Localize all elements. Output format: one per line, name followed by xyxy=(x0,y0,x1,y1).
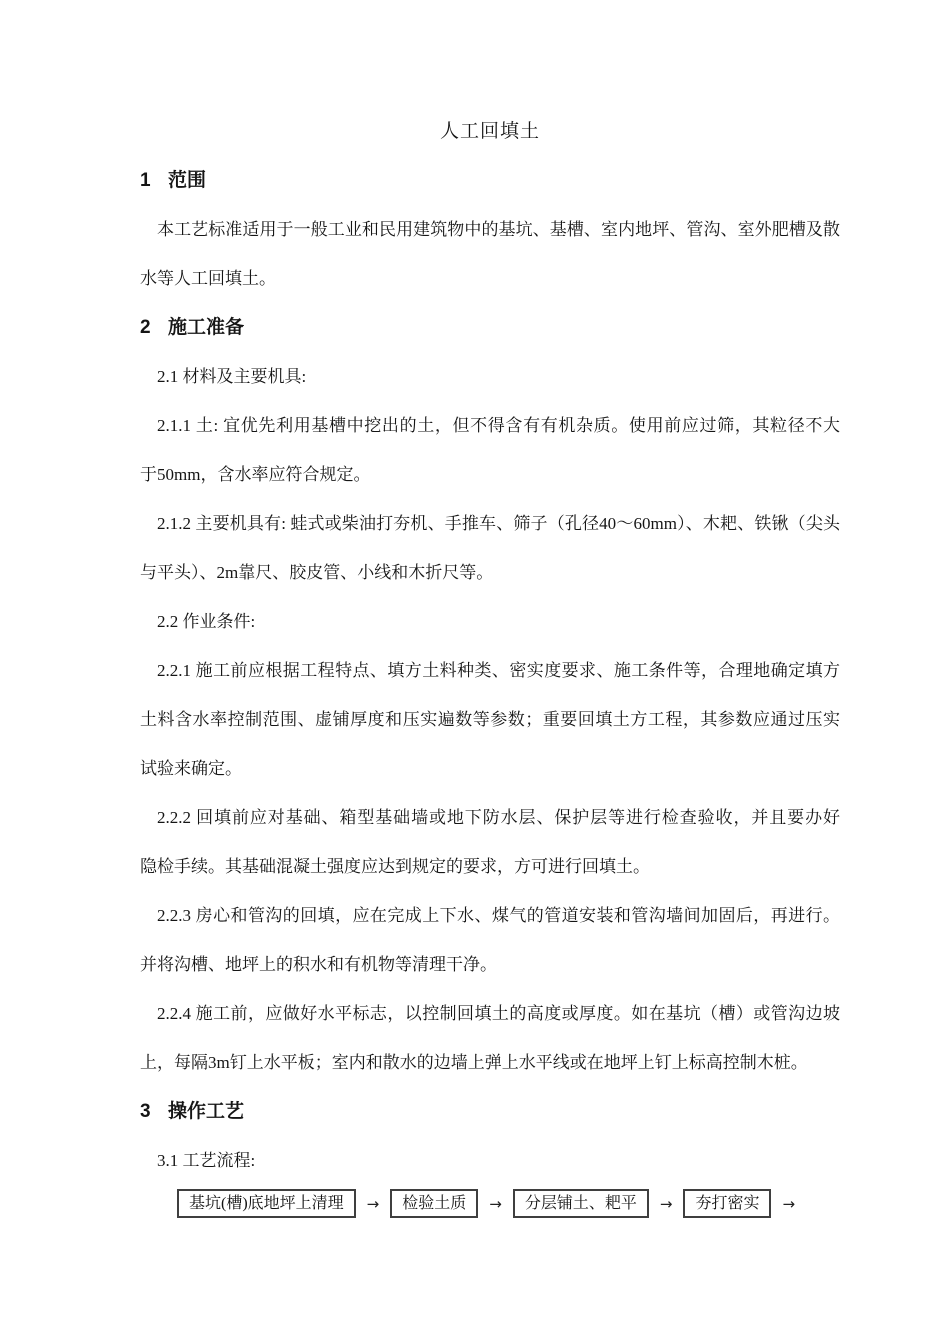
heading-text: 范围 xyxy=(168,170,206,191)
paragraph-line: 2.2.4 施工前，应做好水平标志，以控制回填土的高度或厚度。如在基坑（槽）或管… xyxy=(140,989,840,1038)
paragraph-line: 试验来确定。 xyxy=(140,744,840,793)
section-heading-2: 2施工准备 xyxy=(140,303,840,352)
flow-step: 基坑(槽)底地坪上清理 xyxy=(177,1189,356,1218)
heading-text: 施工准备 xyxy=(168,317,244,338)
paragraph-line: 上，每隔3m钉上水平板；室内和散水的边墙上弹上水平线或在地坪上钉上标高控制木桩。 xyxy=(140,1038,840,1087)
paragraph-line: 水等人工回填土。 xyxy=(140,254,840,303)
flow-arrow-right-icon: → xyxy=(367,1195,380,1213)
paragraph-line: 2.2 作业条件: xyxy=(140,597,840,646)
paragraph-line: 2.2.2 回填前应对基础、箱型基础墙或地下防水层、保护层等进行检查验收，并且要… xyxy=(140,793,840,842)
flow-arrow-right-icon: → xyxy=(660,1195,673,1213)
document-page: 人工回填土1范围本工艺标准适用于一般工业和民用建筑物中的基坑、基槽、室内地坪、管… xyxy=(140,0,840,1218)
paragraph-line: 与平头）、2m靠尺、胶皮管、小线和木折尺等。 xyxy=(140,548,840,597)
paragraph-line: 2.1 材料及主要机具: xyxy=(140,352,840,401)
heading-number: 3 xyxy=(140,1087,168,1136)
paragraph-line: 并将沟槽、地坪上的积水和有机物等清理干净。 xyxy=(140,940,840,989)
section-heading-1: 1范围 xyxy=(140,156,840,205)
flow-step: 检验土质 xyxy=(390,1189,478,1218)
flow-arrow-right-icon: → xyxy=(489,1195,502,1213)
heading-text: 操作工艺 xyxy=(168,1101,244,1122)
paragraph-line: 于50mm，含水率应符合规定。 xyxy=(140,450,840,499)
paragraph-line: 2.2.3 房心和管沟的回填，应在完成上下水、煤气的管道安装和管沟墙间加固后，再… xyxy=(140,891,840,940)
paragraph-line: 3.1 工艺流程: xyxy=(140,1136,840,1185)
flow-step: 分层铺土、耙平 xyxy=(513,1189,649,1218)
section-heading-3: 3操作工艺 xyxy=(140,1087,840,1136)
paragraph-line: 2.1.2 主要机具有: 蛙式或柴油打夯机、手推车、筛子（孔径40～60mm）、… xyxy=(140,499,840,548)
flow-step: 夯打密实 xyxy=(683,1189,771,1218)
flow-arrow-right-icon: → xyxy=(782,1195,795,1213)
paragraph-line: 土料含水率控制范围、虚铺厚度和压实遍数等参数；重要回填土方工程，其参数应通过压实 xyxy=(140,695,840,744)
paragraph-line: 2.2.1 施工前应根据工程特点、填方土料种类、密实度要求、施工条件等，合理地确… xyxy=(140,646,840,695)
heading-number: 2 xyxy=(140,303,168,352)
heading-number: 1 xyxy=(140,156,168,205)
document-title: 人工回填土 xyxy=(140,107,840,156)
paragraph-line: 2.1.1 土: 宜优先利用基槽中挖出的土，但不得含有有机杂质。使用前应过筛，其… xyxy=(140,401,840,450)
paragraph-line: 本工艺标准适用于一般工业和民用建筑物中的基坑、基槽、室内地坪、管沟、室外肥槽及散 xyxy=(140,205,840,254)
process-flowchart: 基坑(槽)底地坪上清理→检验土质→分层铺土、耙平→夯打密实→ xyxy=(177,1185,840,1218)
paragraph-line: 隐检手续。其基础混凝土强度应达到规定的要求，方可进行回填土。 xyxy=(140,842,840,891)
